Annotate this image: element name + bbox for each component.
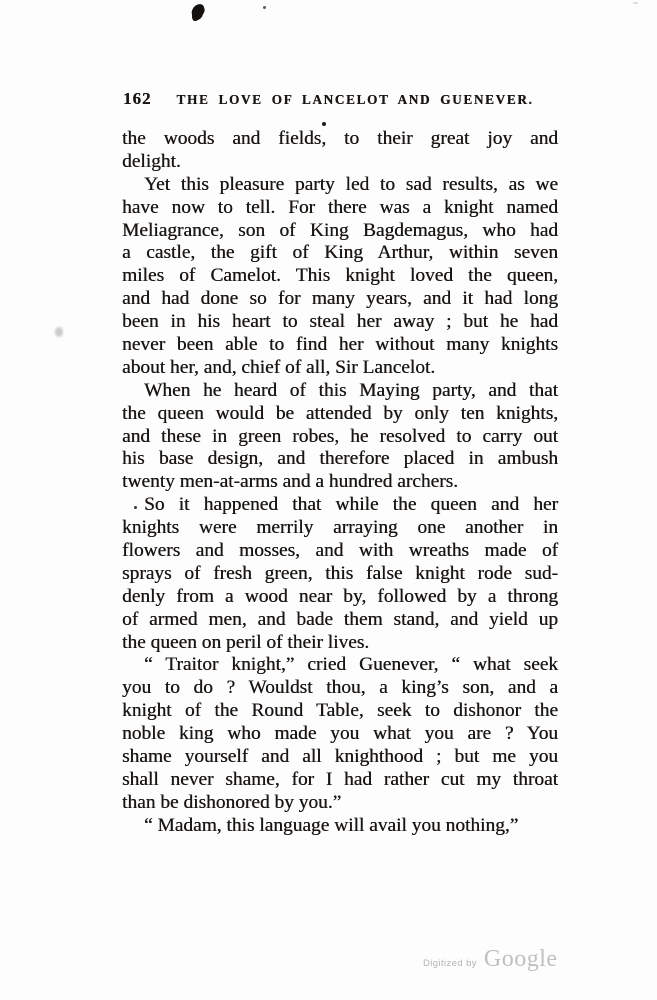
text-line: twenty men-at-arms and a hundred archers… bbox=[122, 471, 558, 494]
text-line: sprays of fresh green, this false knight… bbox=[122, 563, 558, 586]
paragraph: the woods and fields, to their great joy… bbox=[122, 128, 558, 174]
paragraph: So it happened that while the queen and … bbox=[122, 494, 558, 654]
digitized-by-label: Digitized by bbox=[423, 958, 477, 969]
text-line: “ Traitor knight,” cried Guenever, “ wha… bbox=[122, 654, 558, 677]
paragraph: “ Madam, this language will avail you no… bbox=[122, 815, 558, 838]
page-header: 162 THE LOVE OF LANCELOT AND GUENEVER. bbox=[123, 89, 559, 109]
text-line: shall never shame, for I had rather cut … bbox=[122, 769, 558, 792]
text-line: the queen on peril of their lives. bbox=[122, 632, 558, 655]
text-line: miles of Camelot. This knight loved the … bbox=[122, 265, 558, 288]
paragraph: Yet this pleasure party led to sad resul… bbox=[122, 174, 558, 380]
text-line: been in his heart to steal her away ; bu… bbox=[122, 311, 558, 334]
text-line: have now to tell. For there was a knight… bbox=[122, 197, 558, 220]
paper-speck-icon bbox=[633, 2, 638, 4]
text-line: knight of the Round Table, seek to disho… bbox=[122, 700, 558, 723]
text-line: knights were merrily arraying one anothe… bbox=[122, 517, 558, 540]
paper-speck-icon bbox=[263, 6, 266, 9]
text-line: never been able to find her without many… bbox=[122, 334, 558, 357]
text-line: his base design, and therefore placed in… bbox=[122, 448, 558, 471]
stray-dot-artifact bbox=[322, 122, 326, 126]
text-line: delight. bbox=[122, 151, 558, 174]
text-line: of armed men, and bade them stand, and y… bbox=[122, 609, 558, 632]
text-line: “ Madam, this language will avail you no… bbox=[122, 815, 558, 838]
body-text: the woods and fields, to their great joy… bbox=[122, 128, 558, 838]
text-line: and had done so for many years, and it h… bbox=[122, 288, 558, 311]
text-line: Meliagrance, son of King Bagdemagus, who… bbox=[122, 220, 558, 243]
scanned-book-page: 162 THE LOVE OF LANCELOT AND GUENEVER. t… bbox=[0, 0, 657, 1000]
text-line: When he heard of this Maying party, and … bbox=[122, 380, 558, 403]
text-line: the queen would be attended by only ten … bbox=[122, 403, 558, 426]
text-line: noble king who made you what you are ? Y… bbox=[122, 723, 558, 746]
google-logo: Google bbox=[484, 946, 558, 973]
margin-smudge-artifact bbox=[55, 327, 63, 337]
text-line: and these in green robes, he resolved to… bbox=[122, 426, 558, 449]
text-line: than be dishonored by you.” bbox=[122, 792, 558, 815]
text-line: flowers and mosses, and with wreaths mad… bbox=[122, 540, 558, 563]
text-line: Yet this pleasure party led to sad resul… bbox=[122, 174, 558, 197]
text-line: about her, and, chief of all, Sir Lancel… bbox=[122, 357, 558, 380]
text-line: denly from a wood near by, followed by a… bbox=[122, 586, 558, 609]
text-line: So it happened that while the queen and … bbox=[122, 494, 558, 517]
text-line: the woods and fields, to their great joy… bbox=[122, 128, 558, 151]
google-watermark: Digitized by Google bbox=[423, 946, 558, 973]
paragraph: When he heard of this Maying party, and … bbox=[122, 380, 558, 494]
paragraph: “ Traitor knight,” cried Guenever, “ wha… bbox=[122, 654, 558, 814]
text-line: you to do ? Wouldst thou, a king’s son, … bbox=[122, 677, 558, 700]
page-number: 162 bbox=[123, 89, 152, 109]
running-title: THE LOVE OF LANCELOT AND GUENEVER. bbox=[177, 92, 534, 108]
text-line: a castle, the gift of King Arthur, withi… bbox=[122, 242, 558, 265]
text-line: shame yourself and all knighthood ; but … bbox=[122, 746, 558, 769]
ink-blot-artifact bbox=[190, 2, 207, 20]
